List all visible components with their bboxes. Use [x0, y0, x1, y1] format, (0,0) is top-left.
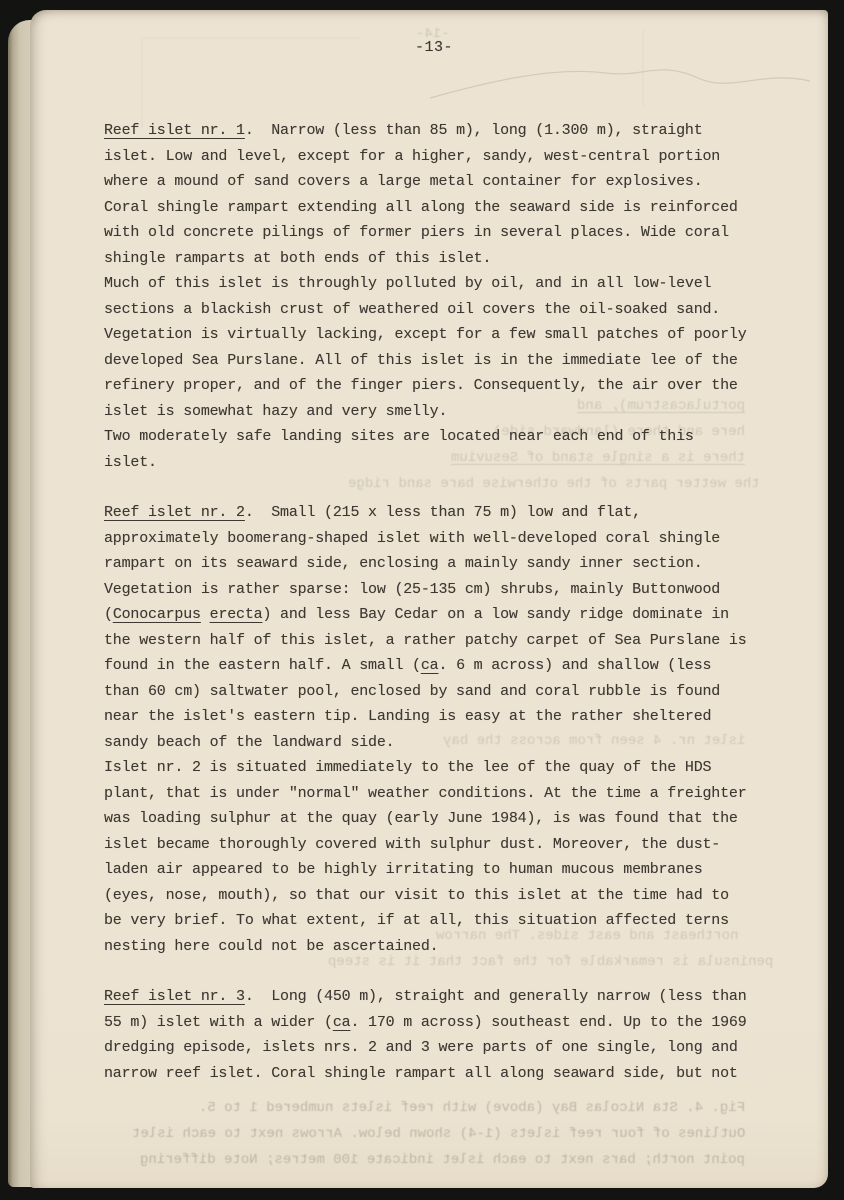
text-segment: ca — [333, 1014, 351, 1031]
text-segment: shingle ramparts at both ends of this is… — [104, 250, 491, 267]
text-segment: near the islet's eastern tip. Landing is… — [104, 708, 711, 725]
text-segment: (eyes, nose, mouth), so that our visit t… — [104, 887, 729, 904]
text-segment: was loading sulphur at the quay (early J… — [104, 810, 738, 827]
text-line: than 60 cm) saltwater pool, enclosed by … — [104, 679, 784, 705]
text-line: Coral shingle rampart extending all alon… — [104, 195, 784, 221]
text-segment: sandy beach of the landward side. — [104, 734, 394, 751]
text-line: Reef islet nr. 2. Small (215 x less than… — [104, 500, 784, 526]
text-line: Vegetation is rather sparse: low (25-135… — [104, 577, 784, 603]
text-segment: Islet nr. 2 is situated immediately to t… — [104, 759, 711, 776]
bleedthrough-line: point north; bars next to each islet ind… — [140, 1152, 745, 1168]
text-line: found in the eastern half. A small (ca. … — [104, 653, 784, 679]
text-segment: ca — [421, 657, 439, 674]
text-segment: islet. — [104, 454, 157, 471]
text-segment: found in the eastern half. A small ( — [104, 657, 421, 674]
text-segment: where a mound of sand covers a large met… — [104, 173, 703, 190]
text-line: nesting here could not be ascertained. — [104, 934, 784, 960]
text-line: islet became thoroughly covered with sul… — [104, 832, 784, 858]
text-line: islet. — [104, 450, 784, 476]
text-line: with old concrete pilings of former pier… — [104, 220, 784, 246]
text-line: refinery proper, and of the finger piers… — [104, 373, 784, 399]
text-line: developed Sea Purslane. All of this isle… — [104, 348, 784, 374]
text-line: Reef islet nr. 1. Narrow (less than 85 m… — [104, 118, 784, 144]
text-segment: islet became thoroughly covered with sul… — [104, 836, 720, 853]
text-line: sandy beach of the landward side. — [104, 730, 784, 756]
text-segment: with old concrete pilings of former pier… — [104, 224, 729, 241]
text-segment: . 170 m across) southeast end. Up to the… — [350, 1014, 746, 1031]
text-segment: Two moderately safe landing sites are lo… — [104, 428, 694, 445]
text-segment: rampart on its seaward side, enclosing a… — [104, 555, 703, 572]
text-segment: than 60 cm) saltwater pool, enclosed by … — [104, 683, 720, 700]
text-line: where a mound of sand covers a large met… — [104, 169, 784, 195]
text-segment: refinery proper, and of the finger piers… — [104, 377, 738, 394]
text-block: Reef islet nr. 1. Narrow (less than 85 m… — [104, 118, 784, 1111]
text-segment: approximately boomerang-shaped islet wit… — [104, 530, 720, 547]
text-segment: islet. Low and level, except for a highe… — [104, 148, 720, 165]
text-segment: Vegetation is rather sparse: low (25-135… — [104, 581, 720, 598]
text-line: laden air appeared to be highly irritati… — [104, 857, 784, 883]
text-line: be very brief. To what extent, if at all… — [104, 908, 784, 934]
paragraph: Reef islet nr. 2. Small (215 x less than… — [104, 500, 784, 959]
text-segment: Reef islet nr. 3 — [104, 988, 245, 1005]
text-segment: dredging episode, islets nrs. 2 and 3 we… — [104, 1039, 738, 1056]
text-segment: nesting here could not be ascertained. — [104, 938, 438, 955]
text-segment: sections a blackish crust of weathered o… — [104, 301, 720, 318]
text-line: plant, that is under "normal" weather co… — [104, 781, 784, 807]
text-segment: the western half of this islet, a rather… — [104, 632, 747, 649]
text-segment: ( — [104, 606, 113, 623]
text-segment: Conocarpus — [113, 606, 201, 623]
text-line: Reef islet nr. 3. Long (450 m), straight… — [104, 984, 784, 1010]
text-line: the western half of this islet, a rather… — [104, 628, 784, 654]
text-segment: Vegetation is virtually lacking, except … — [104, 326, 747, 343]
text-segment: erecta — [210, 606, 263, 623]
text-segment: 55 m) islet with a wider ( — [104, 1014, 333, 1031]
text-line: (eyes, nose, mouth), so that our visit t… — [104, 883, 784, 909]
text-segment: Reef islet nr. 2 — [104, 504, 245, 521]
text-line: Vegetation is virtually lacking, except … — [104, 322, 784, 348]
text-segment: . Small (215 x less than 75 m) low and f… — [245, 504, 641, 521]
text-segment: islet is somewhat hazy and very smelly. — [104, 403, 447, 420]
paragraph: Reef islet nr. 3. Long (450 m), straight… — [104, 984, 784, 1086]
text-line: islet is somewhat hazy and very smelly. — [104, 399, 784, 425]
scanned-document-page: -14-portulacastrum), andhere and there (… — [0, 0, 844, 1200]
text-segment: . Narrow (less than 85 m), long (1.300 m… — [245, 122, 703, 139]
text-line: Two moderately safe landing sites are lo… — [104, 424, 784, 450]
text-line: was loading sulphur at the quay (early J… — [104, 806, 784, 832]
text-segment: . Long (450 m), straight and generally n… — [245, 988, 747, 1005]
page-sheet: -14-portulacastrum), andhere and there (… — [30, 10, 828, 1188]
text-line: shingle ramparts at both ends of this is… — [104, 246, 784, 272]
text-line: sections a blackish crust of weathered o… — [104, 297, 784, 323]
text-segment: laden air appeared to be highly irritati… — [104, 861, 703, 878]
text-segment: Reef islet nr. 1 — [104, 122, 245, 139]
text-segment: Coral shingle rampart extending all alon… — [104, 199, 738, 216]
page-number: -13- — [415, 39, 453, 56]
text-segment: . 6 m across) and shallow (less — [438, 657, 711, 674]
text-line: islet. Low and level, except for a highe… — [104, 144, 784, 170]
text-segment: narrow reef islet. Coral shingle rampart… — [104, 1065, 738, 1082]
text-line: Islet nr. 2 is situated immediately to t… — [104, 755, 784, 781]
bleedthrough-line: Outlines of four reef islets (1-4) shown… — [132, 1126, 745, 1142]
text-line: approximately boomerang-shaped islet wit… — [104, 526, 784, 552]
text-line: rampart on its seaward side, enclosing a… — [104, 551, 784, 577]
text-segment: Much of this islet is throughly polluted… — [104, 275, 711, 292]
text-line: narrow reef islet. Coral shingle rampart… — [104, 1061, 784, 1087]
text-line: 55 m) islet with a wider (ca. 170 m acro… — [104, 1010, 784, 1036]
text-segment — [201, 606, 210, 623]
text-segment: plant, that is under "normal" weather co… — [104, 785, 747, 802]
text-line: dredging episode, islets nrs. 2 and 3 we… — [104, 1035, 784, 1061]
text-segment: be very brief. To what extent, if at all… — [104, 912, 729, 929]
paragraph: Reef islet nr. 1. Narrow (less than 85 m… — [104, 118, 784, 475]
text-segment: ) and less Bay Cedar on a low sandy ridg… — [262, 606, 728, 623]
text-line: near the islet's eastern tip. Landing is… — [104, 704, 784, 730]
text-line: Much of this islet is throughly polluted… — [104, 271, 784, 297]
text-segment: developed Sea Purslane. All of this isle… — [104, 352, 738, 369]
text-line: (Conocarpus erecta) and less Bay Cedar o… — [104, 602, 784, 628]
